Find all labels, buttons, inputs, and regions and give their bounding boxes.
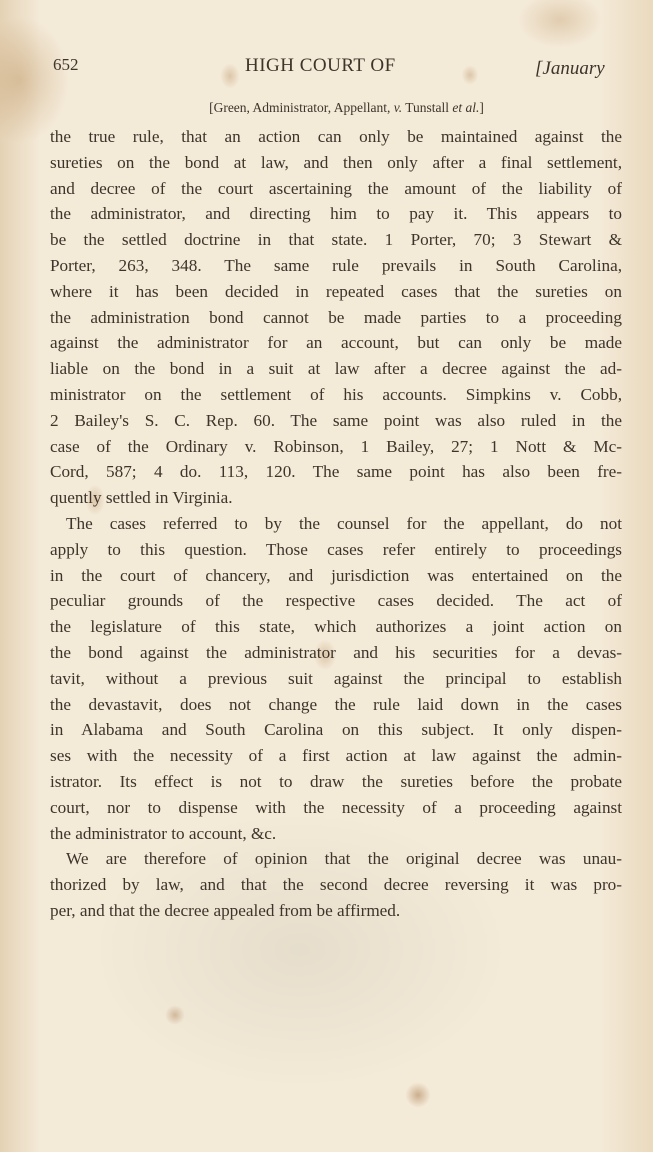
- text-line: sureties on the bond at law, and then on…: [50, 150, 622, 176]
- text-line: Cord, 587; 4 do. 113, 120. The same poin…: [50, 459, 622, 485]
- caption-respondent: Tunstall: [402, 100, 452, 115]
- page-header: 652 HIGH COURT OF [January: [0, 55, 653, 85]
- text-line: the administrator to account, &c.: [50, 821, 622, 847]
- text-line: ses with the necessity of a first action…: [50, 743, 622, 769]
- caption-et-al: et al.: [452, 100, 479, 115]
- running-head-month: [January: [535, 58, 605, 80]
- text-line: in Alabama and South Carolina on this su…: [50, 717, 622, 743]
- caption-bracket: ]: [479, 100, 484, 115]
- caption-versus: v.: [394, 100, 402, 115]
- text-line: We are therefore of opinion that the ori…: [50, 846, 622, 872]
- text-line: 2 Bailey's S. C. Rep. 60. The same point…: [50, 408, 622, 434]
- text-line: and decree of the court ascertaining the…: [50, 176, 622, 202]
- text-line: the administration bond cannot be made p…: [50, 305, 622, 331]
- text-line: per, and that the decree appealed from b…: [50, 898, 622, 924]
- text-line: the legislature of this state, which aut…: [50, 614, 622, 640]
- page-number: 652: [53, 55, 79, 75]
- text-line: the administrator, and directing him to …: [50, 201, 622, 227]
- text-line: the true rule, that an action can only b…: [50, 124, 622, 150]
- running-head: HIGH COURT OF: [245, 55, 396, 77]
- text-line: the bond against the administrator and h…: [50, 640, 622, 666]
- paragraph-3: We are therefore of opinion that the ori…: [50, 846, 622, 923]
- text-line: ministrator on the settlement of his acc…: [50, 382, 622, 408]
- text-line: thorized by law, and that the second dec…: [50, 872, 622, 898]
- text-line: quently settled in Virginia.: [50, 485, 622, 511]
- caption-parties: [Green, Administrator, Appellant,: [209, 100, 394, 115]
- text-line: liable on the bond in a suit at law afte…: [50, 356, 622, 382]
- text-line: be the settled doctrine in that state. 1…: [50, 227, 622, 253]
- text-line: court, nor to dispense with the necessit…: [50, 795, 622, 821]
- text-line: Porter, 263, 348. The same rule prevails…: [50, 253, 622, 279]
- text-line: peculiar grounds of the respective cases…: [50, 588, 622, 614]
- text-line: tavit, without a previous suit against t…: [50, 666, 622, 692]
- paragraph-2: The cases referred to by the counsel for…: [50, 511, 622, 846]
- text-line: case of the Ordinary v. Robinson, 1 Bail…: [50, 434, 622, 460]
- text-line: istrator. Its effect is not to draw the …: [50, 769, 622, 795]
- text-line: The cases referred to by the counsel for…: [50, 511, 622, 537]
- body-text: the true rule, that an action can only b…: [50, 124, 622, 924]
- case-caption: [Green, Administrator, Appellant, v. Tun…: [0, 100, 653, 116]
- text-line: in the court of chancery, and jurisdicti…: [50, 563, 622, 589]
- scanned-page: 652 HIGH COURT OF [January [Green, Admin…: [0, 0, 653, 1152]
- text-line: apply to this question. Those cases refe…: [50, 537, 622, 563]
- text-line: against the administrator for an account…: [50, 330, 622, 356]
- text-line: where it has been decided in repeated ca…: [50, 279, 622, 305]
- paragraph-1: the true rule, that an action can only b…: [50, 124, 622, 511]
- text-line: the devastavit, does not change the rule…: [50, 692, 622, 718]
